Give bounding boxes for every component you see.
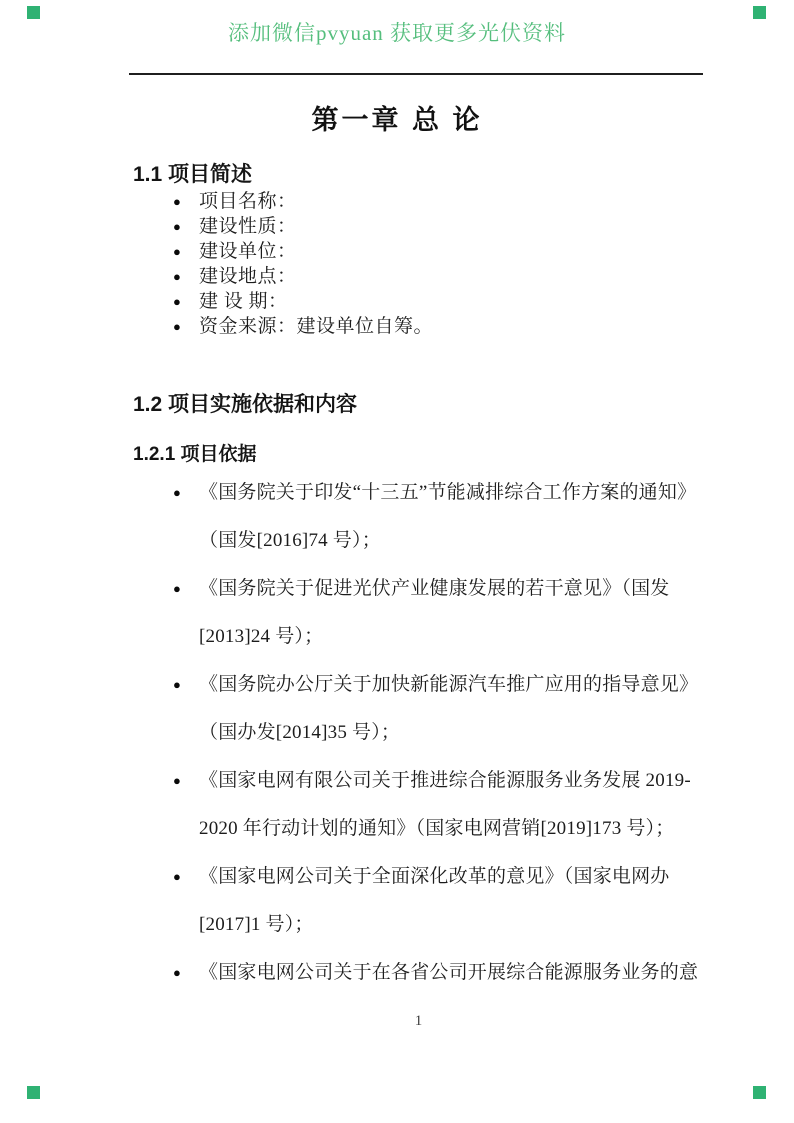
list-item: ● 建 设 期： — [133, 289, 704, 314]
corner-marker-top-left — [27, 6, 40, 19]
list-item-text: 建设性质： — [199, 214, 297, 239]
list-item: ● 建设性质： — [133, 214, 704, 239]
reference-item: ● 《国务院关于促进光伏产业健康发展的若干意见》（国发 [2013]24 号）； — [133, 565, 704, 661]
bullet-icon: ● — [173, 853, 199, 901]
chapter-title: 第一章 总 论 — [0, 101, 794, 139]
header-divider — [129, 73, 703, 75]
corner-marker-bottom-left — [27, 1086, 40, 1099]
section-heading-1-2-1: 1.2.1 项目依据 — [133, 441, 704, 469]
bullet-icon: ● — [173, 661, 199, 709]
bullet-icon: ● — [173, 314, 199, 339]
bullet-icon: ● — [173, 239, 199, 264]
project-summary-list: ● 项目名称： ● 建设性质： ● 建设单位： ● 建设地点： ● 建 设 — [133, 189, 704, 339]
reference-text: 《国务院关于促进光伏产业健康发展的若干意见》（国发 [2013]24 号）； — [199, 565, 704, 661]
bullet-icon: ● — [173, 469, 199, 517]
reference-text: 《国家电网公司关于全面深化改革的意见》（国家电网办 [2017]1 号）； — [199, 853, 704, 949]
list-item-text: 建 设 期： — [199, 289, 288, 314]
section-heading-1-1: 1.1 项目简述 — [133, 161, 704, 189]
bullet-icon: ● — [173, 757, 199, 805]
list-item: ● 资金来源：建设单位自筹。 — [133, 314, 704, 339]
bullet-icon: ● — [173, 949, 199, 997]
reference-text: 《国务院关于印发“十三五”节能减排综合工作方案的通知》 （国发[2016]74 … — [199, 469, 704, 565]
corner-marker-bottom-right — [753, 1086, 766, 1099]
bullet-icon: ● — [173, 189, 199, 214]
bullet-icon: ● — [173, 264, 199, 289]
list-item-text: 项目名称： — [199, 189, 297, 214]
reference-text: 《国家电网有限公司关于推进综合能源服务业务发展 2019- 2020 年行动计划… — [199, 757, 704, 853]
page-number: 1 — [133, 1011, 704, 1031]
bullet-icon: ● — [173, 289, 199, 314]
reference-text: 《国家电网公司关于在各省公司开展综合能源服务业务的意 — [199, 949, 704, 997]
document-page: 添加微信pvyuan 获取更多光伏资料 第一章 总 论 1.1 项目简述 ● 项… — [0, 0, 794, 1123]
bullet-icon: ● — [173, 565, 199, 613]
reference-item: ● 《国家电网公司关于在各省公司开展综合能源服务业务的意 — [133, 949, 704, 997]
reference-item: ● 《国务院关于印发“十三五”节能减排综合工作方案的通知》 （国发[2016]7… — [133, 469, 704, 565]
reference-list: ● 《国务院关于印发“十三五”节能减排综合工作方案的通知》 （国发[2016]7… — [133, 469, 704, 997]
section-heading-1-2: 1.2 项目实施依据和内容 — [133, 391, 704, 419]
reference-text: 《国务院办公厅关于加快新能源汽车推广应用的指导意见》 （国办发[2014]35 … — [199, 661, 704, 757]
list-item-text: 建设地点： — [199, 264, 297, 289]
bullet-icon: ● — [173, 214, 199, 239]
corner-marker-top-right — [753, 6, 766, 19]
list-item: ● 建设单位： — [133, 239, 704, 264]
list-item-text: 资金来源：建设单位自筹。 — [199, 314, 433, 339]
list-item-text: 建设单位： — [199, 239, 297, 264]
reference-item: ● 《国务院办公厅关于加快新能源汽车推广应用的指导意见》 （国办发[2014]3… — [133, 661, 704, 757]
wechat-promo-text: 添加微信pvyuan 获取更多光伏资料 — [0, 20, 794, 46]
reference-item: ● 《国家电网有限公司关于推进综合能源服务业务发展 2019- 2020 年行动… — [133, 757, 704, 853]
reference-item: ● 《国家电网公司关于全面深化改革的意见》（国家电网办 [2017]1 号）； — [133, 853, 704, 949]
list-item: ● 项目名称： — [133, 189, 704, 214]
list-item: ● 建设地点： — [133, 264, 704, 289]
